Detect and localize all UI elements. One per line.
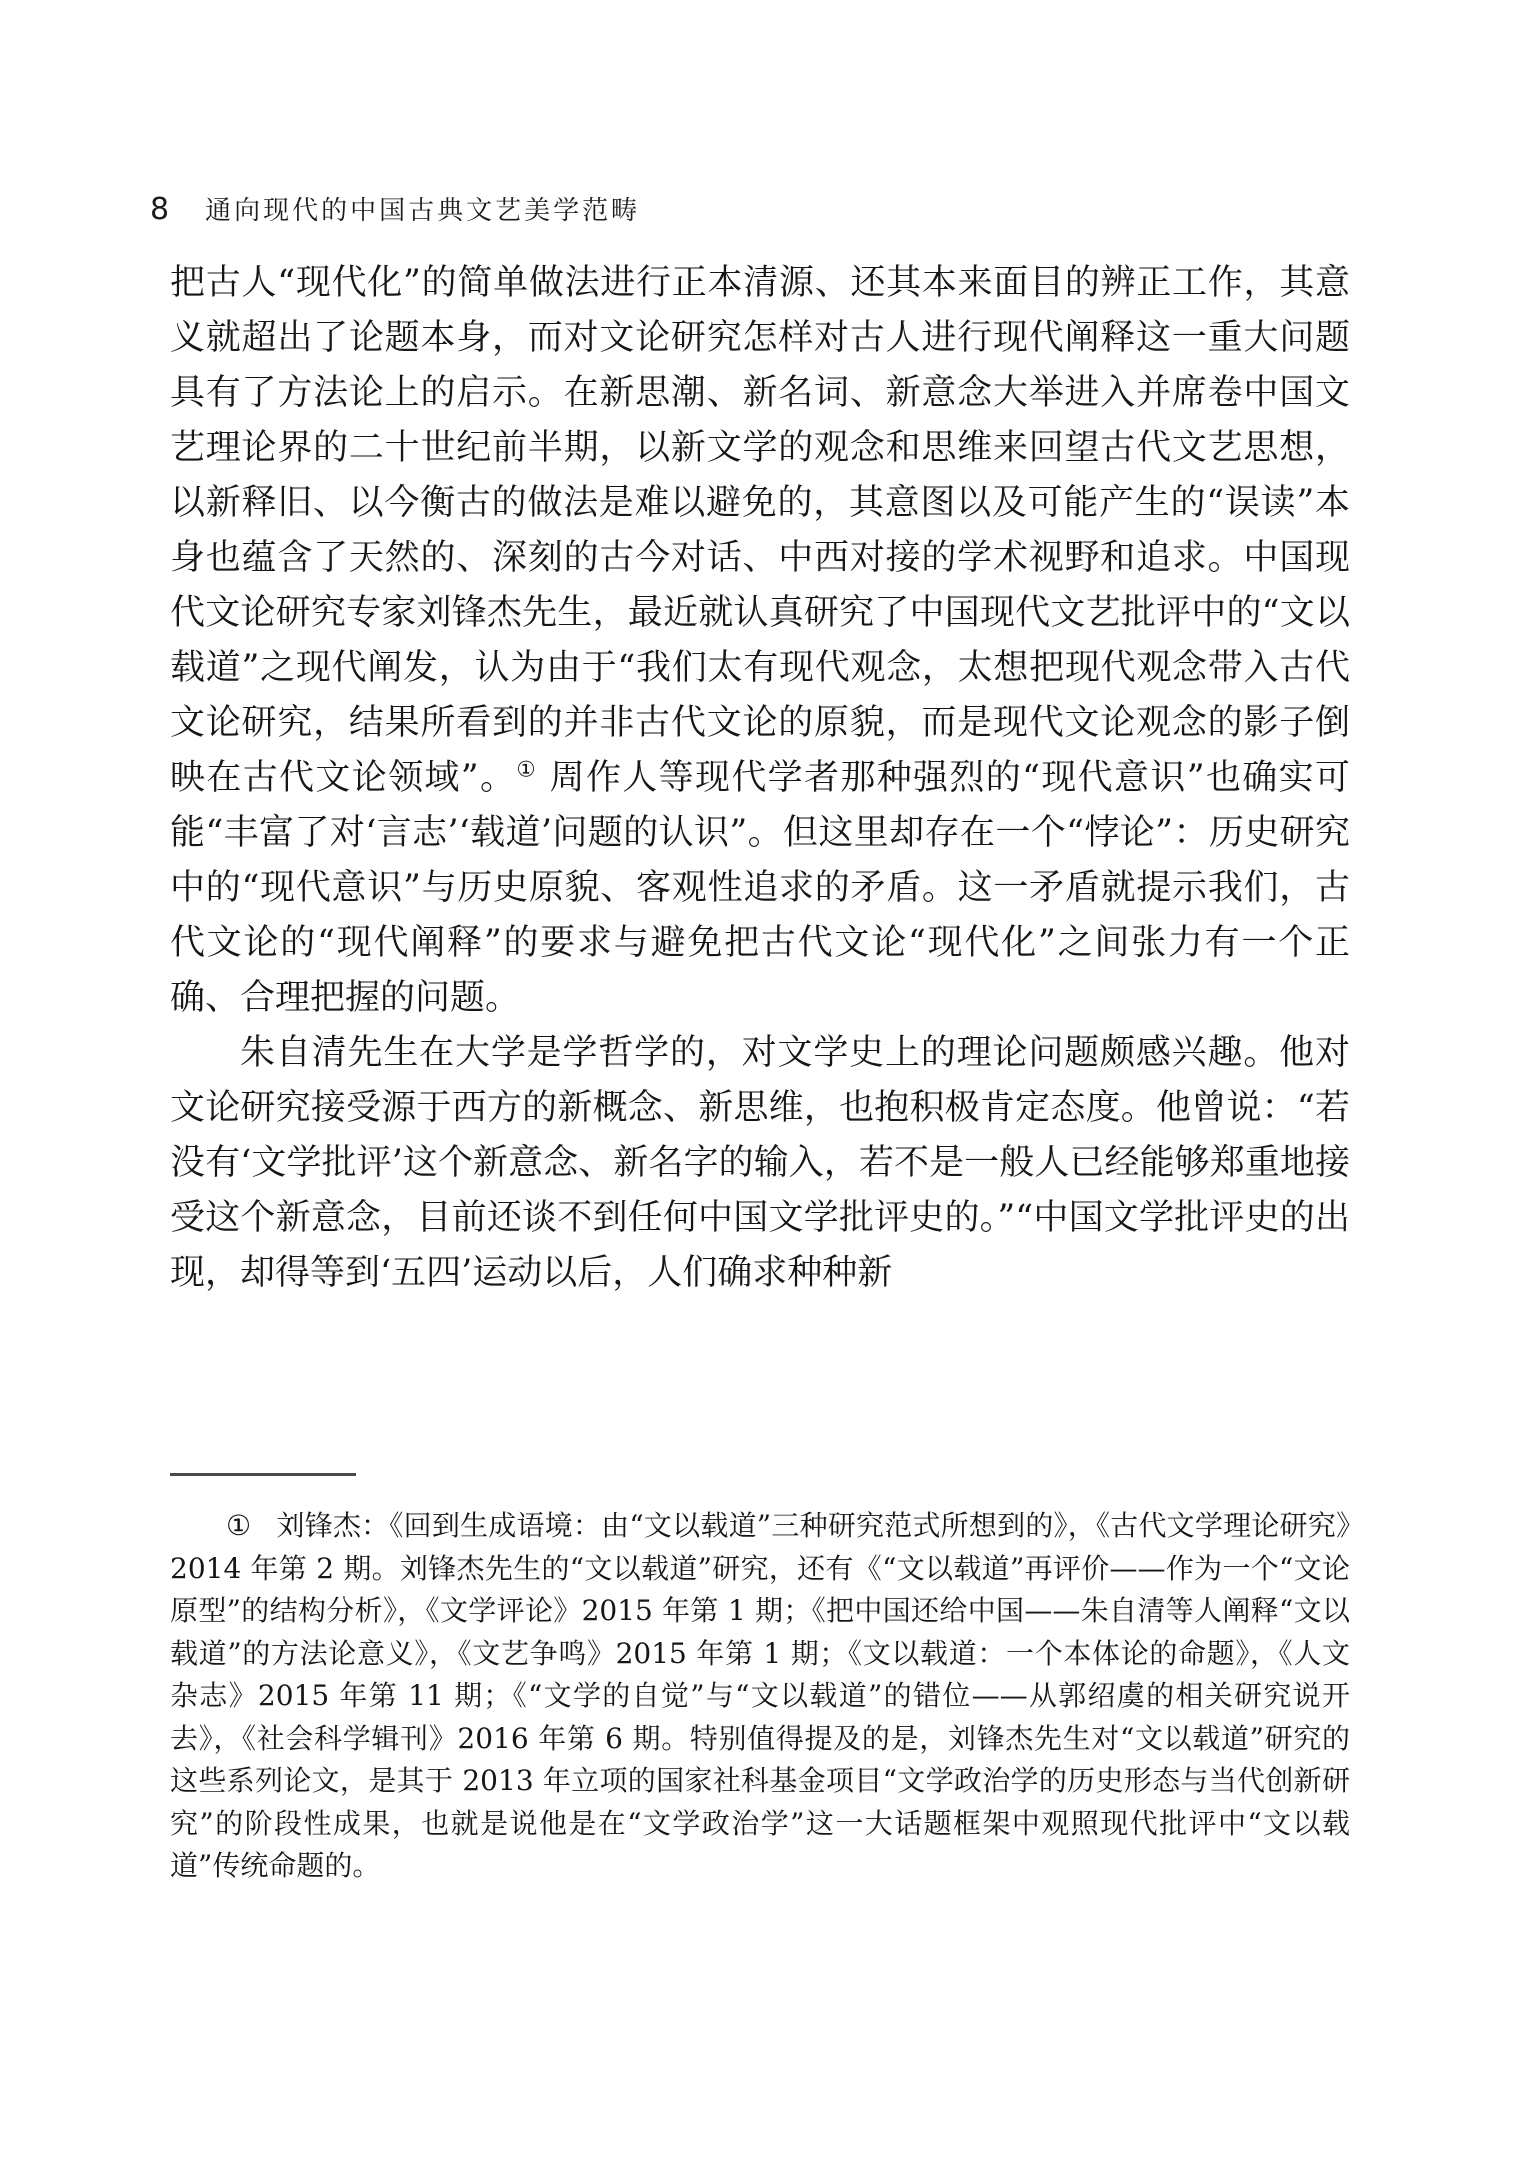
footnote-text: ①刘锋杰：《回到生成语境：由“文以载道”三种研究范式所想到的》，《古代文学理论研… bbox=[170, 1505, 1350, 1888]
paragraph-1: 把古人“现代化”的简单做法进行正本清源、还其本来面目的辨正工作，其意义就超出了论… bbox=[170, 256, 1350, 1026]
body-text: 把古人“现代化”的简单做法进行正本清源、还其本来面目的辨正工作，其意义就超出了论… bbox=[170, 256, 1350, 1301]
footnote-section: ①刘锋杰：《回到生成语境：由“文以载道”三种研究范式所想到的》，《古代文学理论研… bbox=[170, 1505, 1350, 1888]
footnote-reference-mark: ① bbox=[516, 757, 537, 782]
footnote-separator-rule bbox=[170, 1473, 356, 1476]
footnote-body: 刘锋杰：《回到生成语境：由“文以载道”三种研究范式所想到的》，《古代文学理论研究… bbox=[170, 1509, 1350, 1882]
paragraph-2: 朱自清先生在大学是学哲学的，对文学史上的理论问题颇感兴趣。他对文论研究接受源于西… bbox=[170, 1026, 1350, 1301]
running-title: 通向现代的中国古典文艺美学范畴 bbox=[205, 190, 640, 227]
book-page: 8 通向现代的中国古典文艺美学范畴 把古人“现代化”的简单做法进行正本清源、还其… bbox=[0, 0, 1536, 2181]
page-header: 8 通向现代的中国古典文艺美学范畴 bbox=[150, 190, 640, 227]
page-number: 8 bbox=[150, 192, 169, 227]
paragraph-1-text: 把古人“现代化”的简单做法进行正本清源、还其本来面目的辨正工作，其意义就超出了论… bbox=[170, 263, 1350, 798]
footnote-marker: ① bbox=[226, 1509, 251, 1542]
